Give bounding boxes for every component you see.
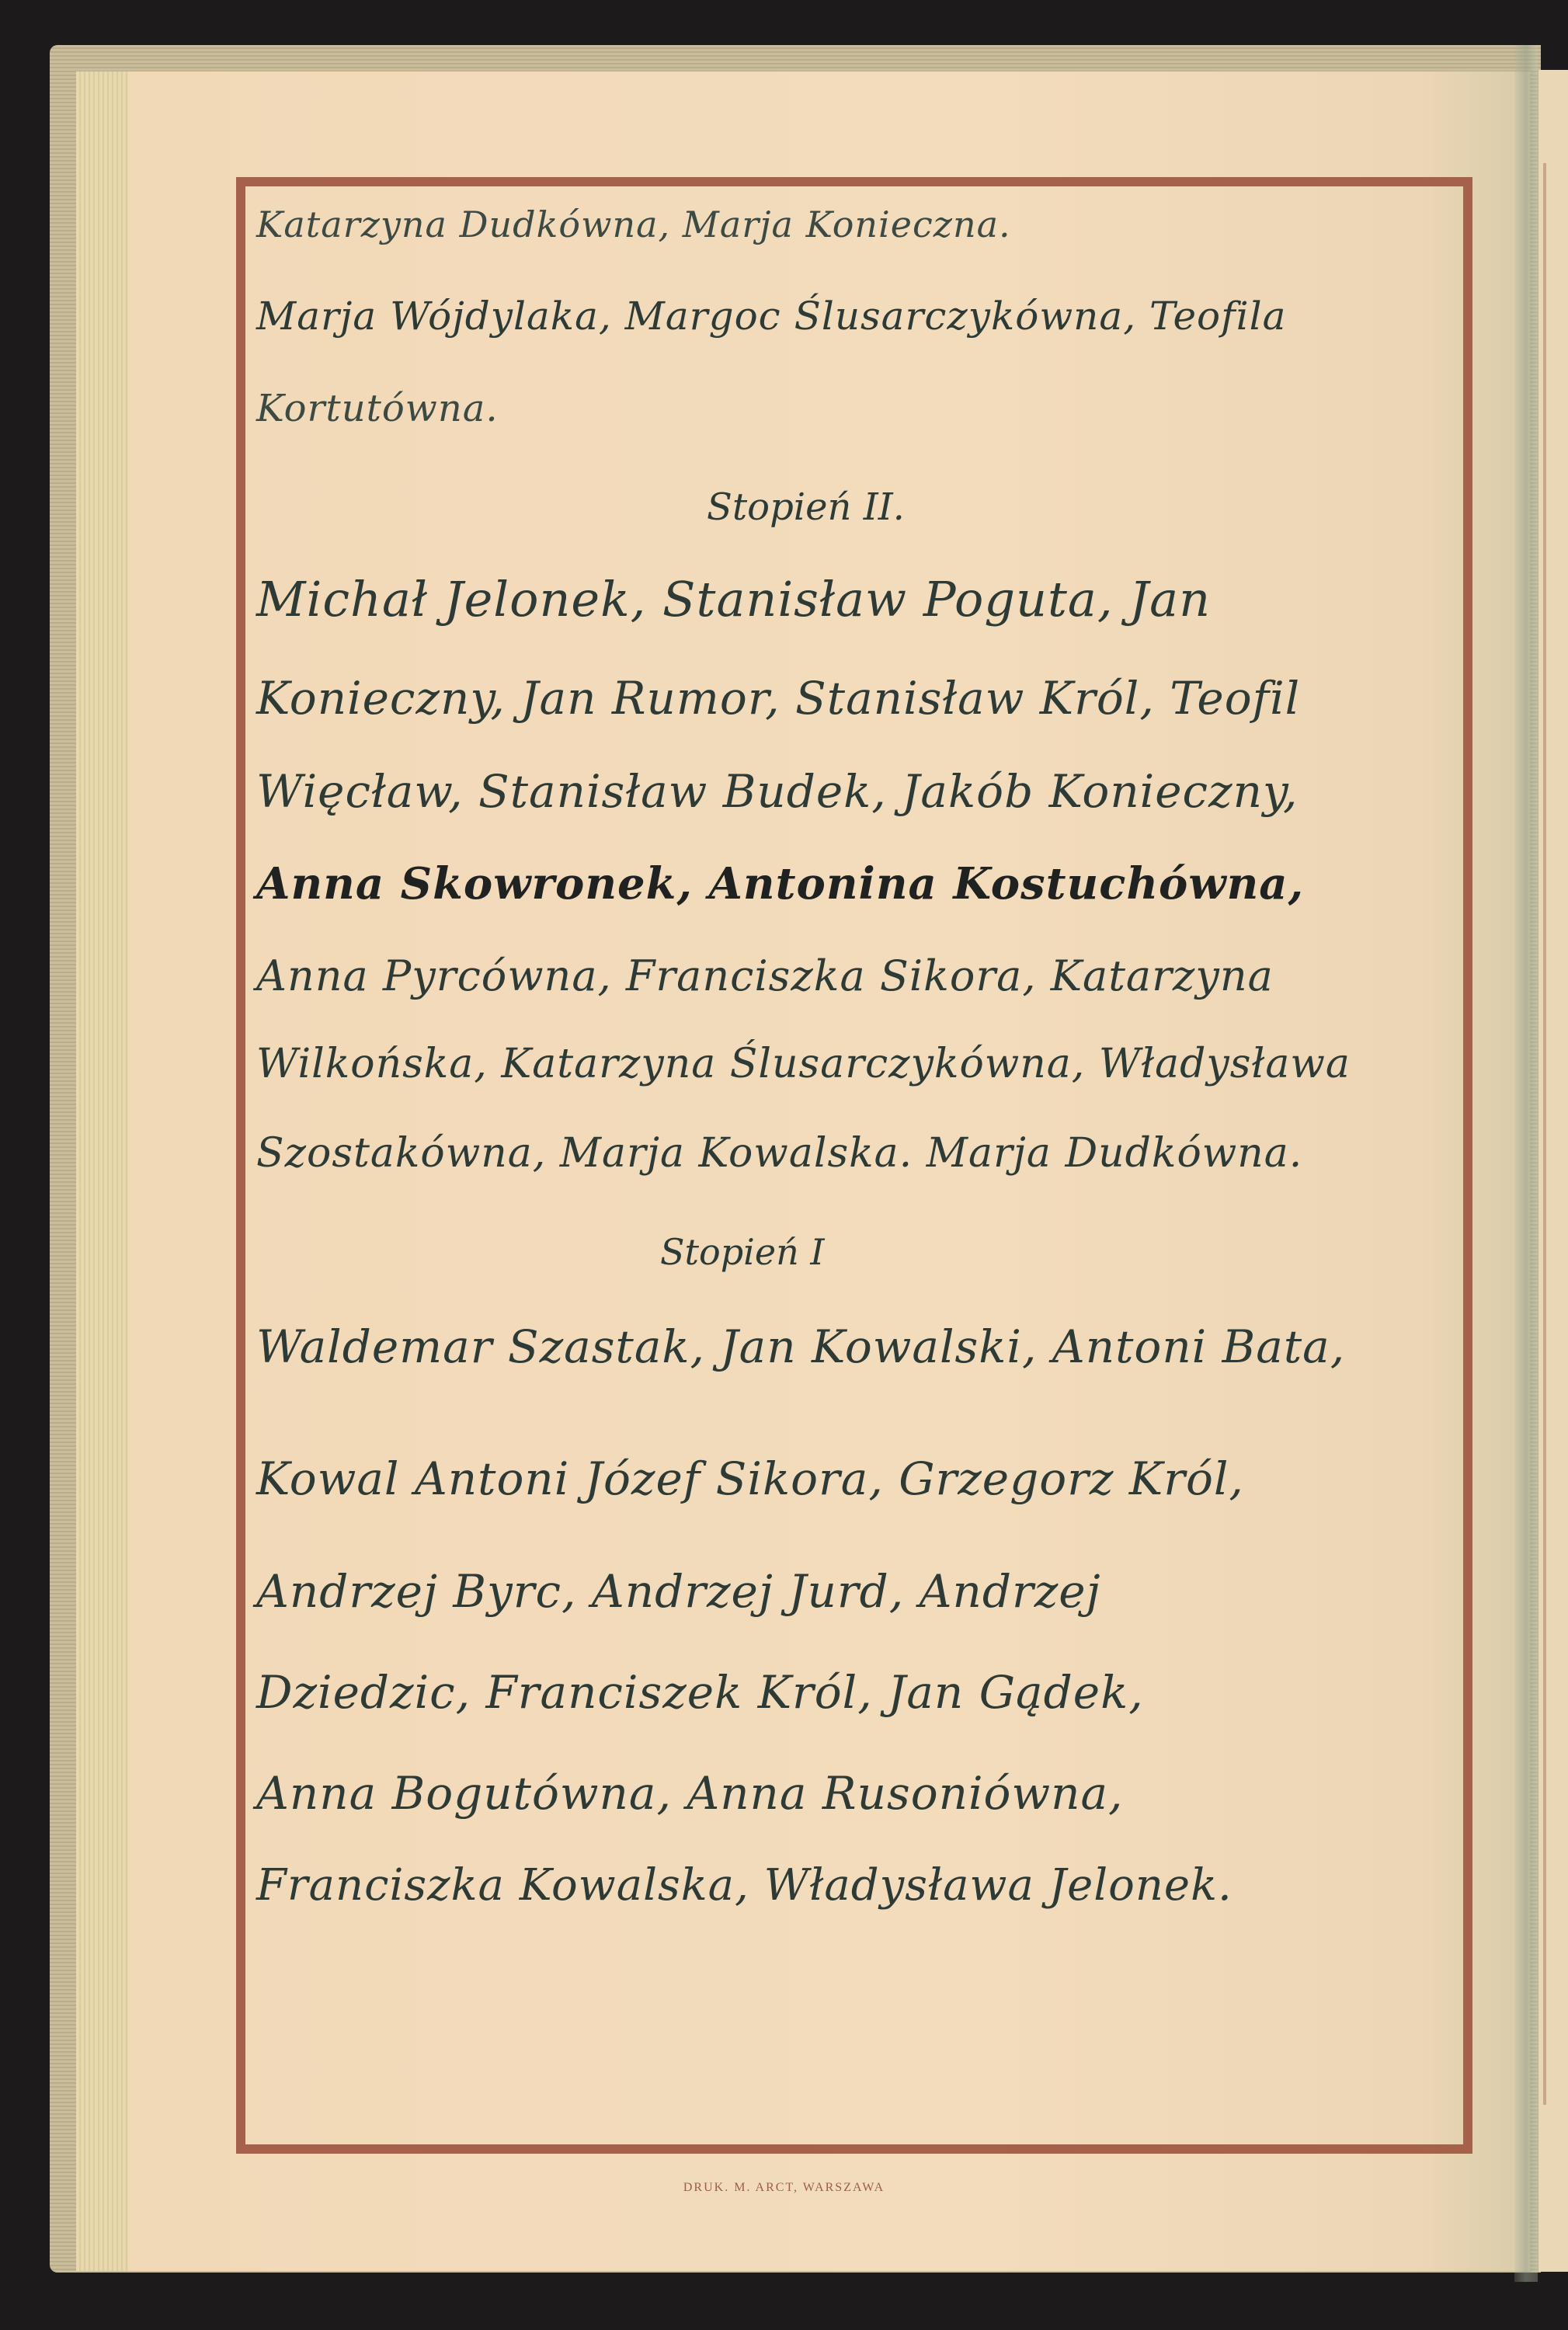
- section-heading-stopien-1: Stopień I: [660, 1231, 825, 1273]
- stopien-1-line-2: Kowal Antoni Józef Sikora, Grzegorz Król…: [256, 1452, 1244, 1505]
- stopien-2-line-3: Więcław, Stanisław Budek, Jakób Konieczn…: [256, 765, 1298, 818]
- adjacent-page-edge: [1538, 70, 1568, 2272]
- book-gutter: [1514, 45, 1538, 2282]
- intro-line-2: Marja Wójdylaka, Margoc Ślusarczykówna, …: [256, 294, 1286, 339]
- stopien-2-line-2: Konieczny, Jan Rumor, Stanisław Król, Te…: [256, 672, 1300, 725]
- stopien-1-line-1: Waldemar Szastak, Jan Kowalski, Antoni B…: [256, 1320, 1345, 1373]
- intro-line-1: Katarzyna Dudkówna, Marja Konieczna.: [256, 203, 1011, 245]
- page-edges: [76, 71, 130, 2271]
- intro-line-3: Kortutówna.: [256, 387, 499, 430]
- stopien-2-line-7: Szostakówna, Marja Kowalska. Marja Dudkó…: [256, 1130, 1302, 1177]
- stopien-1-line-4: Dziedzic, Franciszek Król, Jan Gądek,: [256, 1666, 1144, 1719]
- stopien-1-line-5: Anna Bogutówna, Anna Rusoniówna,: [256, 1767, 1123, 1820]
- stopien-2-line-4: Anna Skowronek, Antonina Kostuchówna,: [256, 858, 1304, 909]
- stopien-1-line-6: Franciszka Kowalska, Władysława Jelonek.: [256, 1860, 1232, 1911]
- stopien-2-line-1: Michał Jelonek, Stanisław Poguta, Jan: [256, 571, 1211, 628]
- stopien-1-line-3: Andrzej Byrc, Andrzej Jurd, Andrzej: [256, 1565, 1101, 1618]
- printer-imprint: DRUK. M. ARCT, WARSZAWA: [0, 2181, 1568, 2195]
- stopien-2-line-5: Anna Pyrcówna, Franciszka Sikora, Katarz…: [256, 951, 1274, 1000]
- adjacent-page-frame: [1543, 163, 1546, 2105]
- section-heading-stopien-2: Stopień II.: [707, 485, 905, 529]
- stopien-2-line-6: Wilkońska, Katarzyna Ślusarczykówna, Wła…: [256, 1041, 1351, 1087]
